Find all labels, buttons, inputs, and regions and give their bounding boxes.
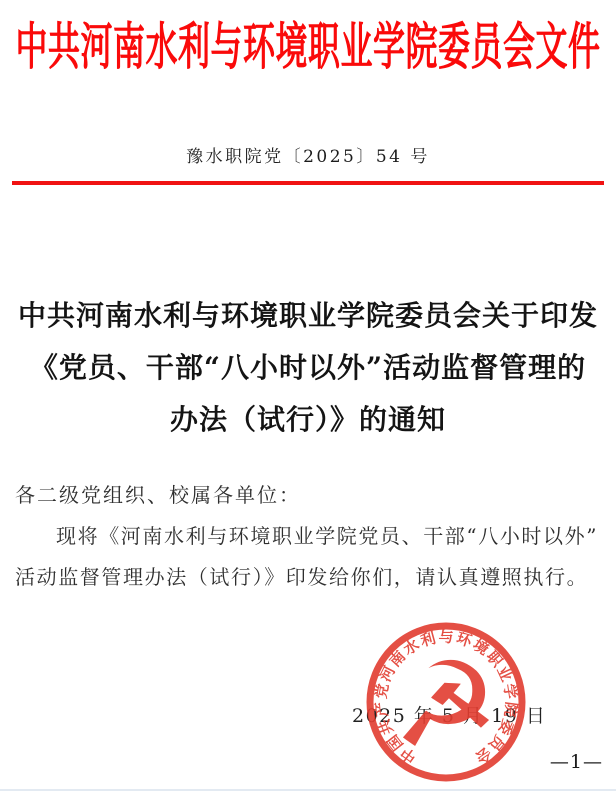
official-seal-graphic: 中国共产党河南水利与环境职业学院委员会 ☭ bbox=[366, 622, 526, 782]
main-title-line-3: 办法（试行）》的通知 bbox=[0, 394, 616, 446]
hammer-and-sickle-icon: ☭ bbox=[393, 636, 499, 774]
main-title-line-1: 中共河南水利与环境职业学院委员会关于印发 bbox=[0, 290, 616, 342]
red-header-title: 中共河南水利与环境职业学院委员会文件 bbox=[0, 7, 616, 80]
document-number: 豫水职院党〔2025〕54 号 bbox=[0, 142, 616, 167]
document-page: 中共河南水利与环境职业学院委员会文件 豫水职院党〔2025〕54 号 中共河南水… bbox=[0, 0, 616, 791]
page-number: —1— bbox=[550, 751, 603, 773]
body-paragraph-line-1: 现将《河南水利与环境职业学院党员、干部“八小时以外” bbox=[15, 520, 601, 549]
red-divider-rule bbox=[12, 181, 604, 185]
main-title-line-2: 《党员、干部“八小时以外”活动监督管理的 bbox=[0, 342, 616, 394]
salutation: 各二级党组织、校属各单位： bbox=[15, 479, 601, 508]
official-seal: 中国共产党河南水利与环境职业学院委员会 ☭ bbox=[366, 622, 526, 782]
main-title: 中共河南水利与环境职业学院委员会关于印发 《党员、干部“八小时以外”活动监督管理… bbox=[0, 290, 616, 446]
body-paragraph-line-2: 活动监督管理办法（试行）》印发给你们，请认真遵照执行。 bbox=[15, 561, 601, 590]
